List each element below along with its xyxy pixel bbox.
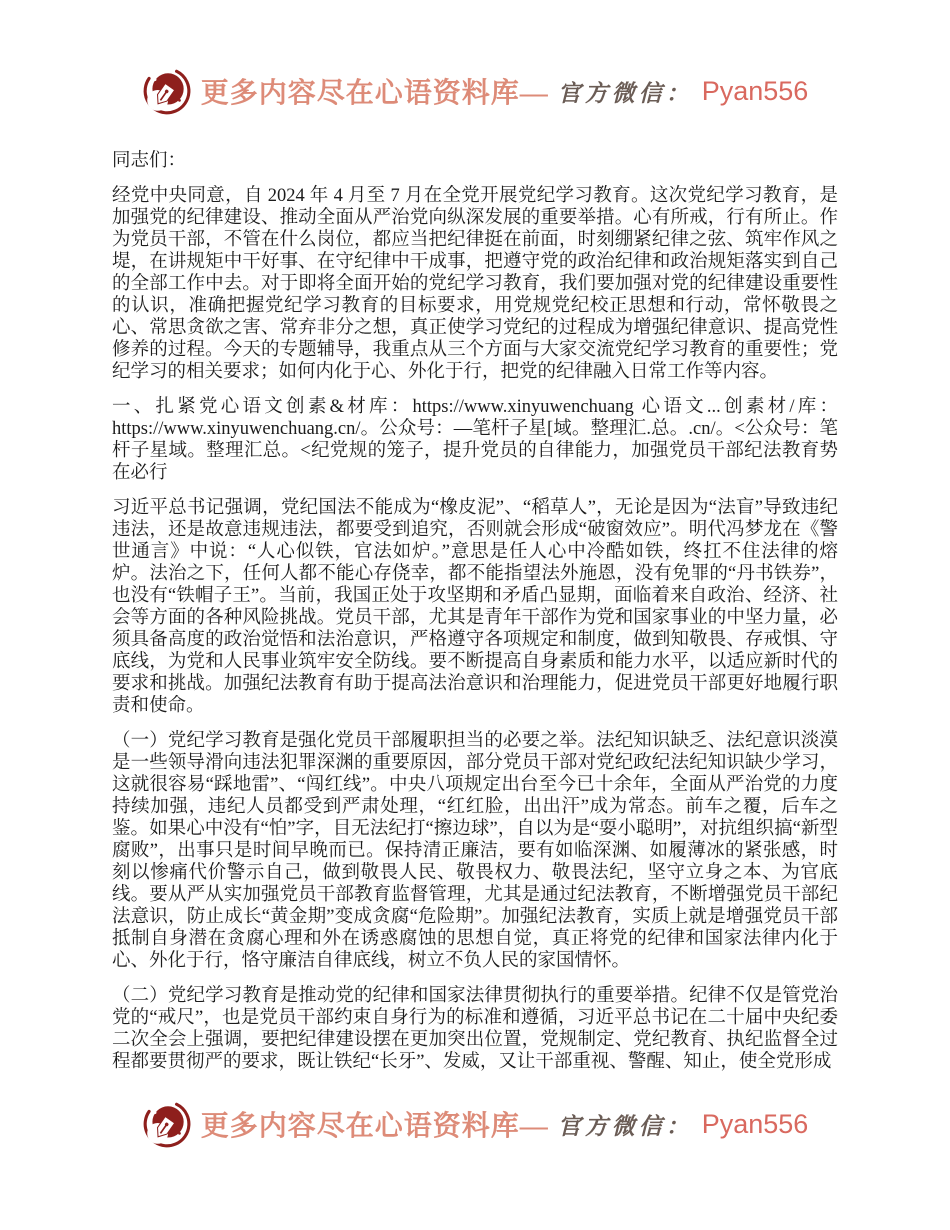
pen-seal-logo-icon — [142, 66, 192, 116]
document-body: 同志们： 经党中央同意，自 2024 年 4 月至 7 月在全党开展党纪学习教育… — [112, 150, 838, 1073]
header-watermark: 更多内容尽在心语资料库—官方微信： Pyan556 — [0, 63, 950, 119]
watermark-text: 更多内容尽在心语资料库— — [201, 71, 549, 111]
document-paragraphs: 经党中央同意，自 2024 年 4 月至 7 月在全党开展党纪学习教育。这次党纪… — [112, 185, 838, 1073]
page: { "watermark": { "logo_icon": "pen-seal-… — [0, 0, 950, 1230]
watermark-text: 更多内容尽在心语资料库— — [201, 1104, 549, 1144]
footer-watermark: 更多内容尽在心语资料库—官方微信： Pyan556 — [0, 1096, 950, 1152]
paragraph: 经党中央同意，自 2024 年 4 月至 7 月在全党开展党纪学习教育。这次党纪… — [112, 185, 838, 383]
salutation: 同志们： — [112, 150, 838, 172]
paragraph: （一）党纪学习教育是强化党员干部履职担当的必要之举。法纪知识缺乏、法纪意识淡漠是… — [112, 730, 838, 972]
watermark-wechat-id: Pyan556 — [702, 1109, 809, 1140]
watermark-wechat-label: 官方微信： — [558, 75, 693, 108]
paragraph: 习近平总书记强调，党纪国法不能成为“橡皮泥”、“稻草人”，无论是因为“法盲”导致… — [112, 497, 838, 717]
watermark-wechat-label: 官方微信： — [558, 1108, 693, 1141]
paragraph: （二）党纪学习教育是推动党的纪律和国家法律贯彻执行的重要举措。纪律不仅是管党治党… — [112, 985, 838, 1073]
watermark-wechat-id: Pyan556 — [702, 76, 809, 107]
paragraph: 一、扎紧党心语文创素&材库：https://www.xinyuwenchuang… — [112, 396, 838, 484]
pen-seal-logo-icon — [142, 1099, 192, 1149]
